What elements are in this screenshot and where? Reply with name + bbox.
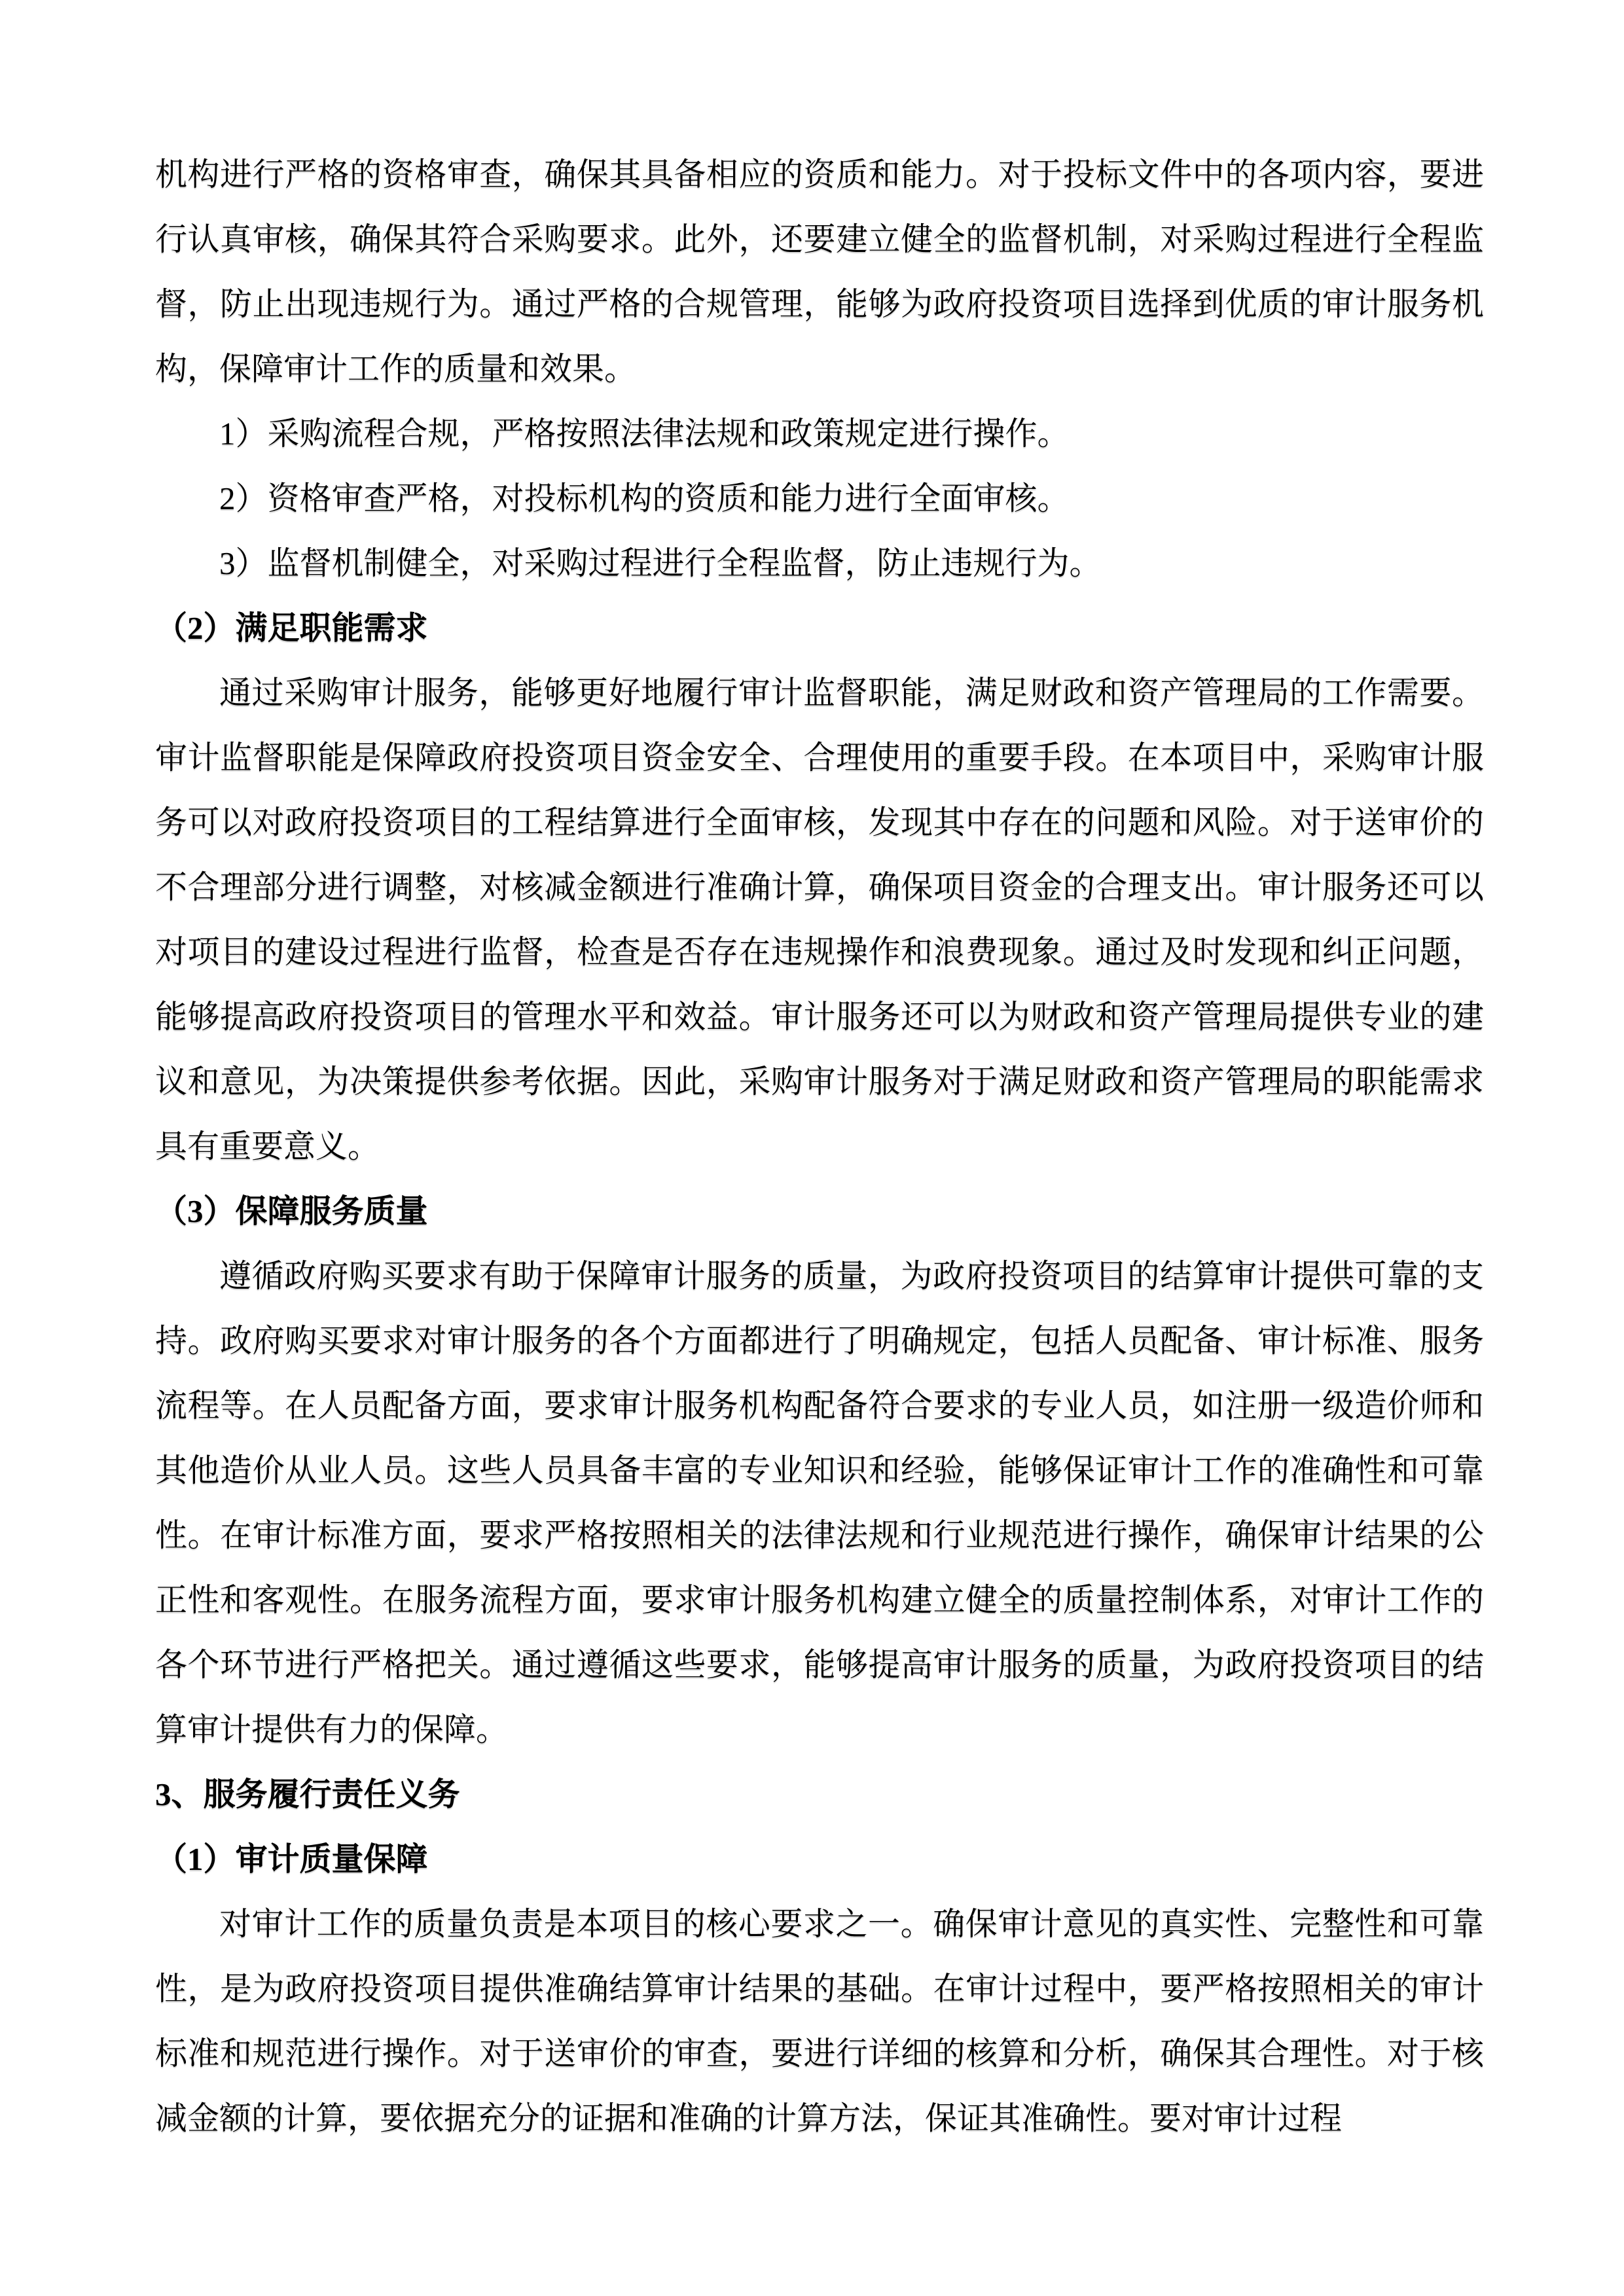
paragraph-audit-quality: 对审计工作的质量负责是本项目的核心要求之一。确保审计意见的真实性、完整性和可靠性… — [155, 1892, 1484, 2151]
page-content: 机构进行严格的资格审查，确保其具备相应的资质和能力。对于投标文件中的各项内容，要… — [155, 142, 1484, 2151]
document-page: 机构进行严格的资格审查，确保其具备相应的资质和能力。对于投标文件中的各项内容，要… — [0, 0, 1624, 2296]
list-item-2: 2）资格审查严格，对投标机构的资质和能力进行全面审核。 — [155, 466, 1484, 531]
chapter-heading-service-duties: 3、服务履行责任义务 — [155, 1762, 1484, 1827]
paragraph-service-quality: 遵循政府购买要求有助于保障审计服务的质量，为政府投资项目的结算审计提供可靠的支持… — [155, 1244, 1484, 1762]
section-heading-meet-functional-needs: （2）满足职能需求 — [155, 596, 1484, 660]
list-item-1: 1）采购流程合规，严格按照法律法规和政策规定进行操作。 — [155, 401, 1484, 466]
list-item-3: 3）监督机制健全，对采购过程进行全程监督，防止违规行为。 — [155, 531, 1484, 596]
section-heading-service-quality: （3）保障服务质量 — [155, 1179, 1484, 1244]
paragraph-functional-needs: 通过采购审计服务，能够更好地履行审计监督职能，满足财政和资产管理局的工作需要。审… — [155, 660, 1484, 1179]
section-heading-audit-quality-assurance: （1）审计质量保障 — [155, 1827, 1484, 1892]
paragraph-continuation: 机构进行严格的资格审查，确保其具备相应的资质和能力。对于投标文件中的各项内容，要… — [155, 142, 1484, 401]
